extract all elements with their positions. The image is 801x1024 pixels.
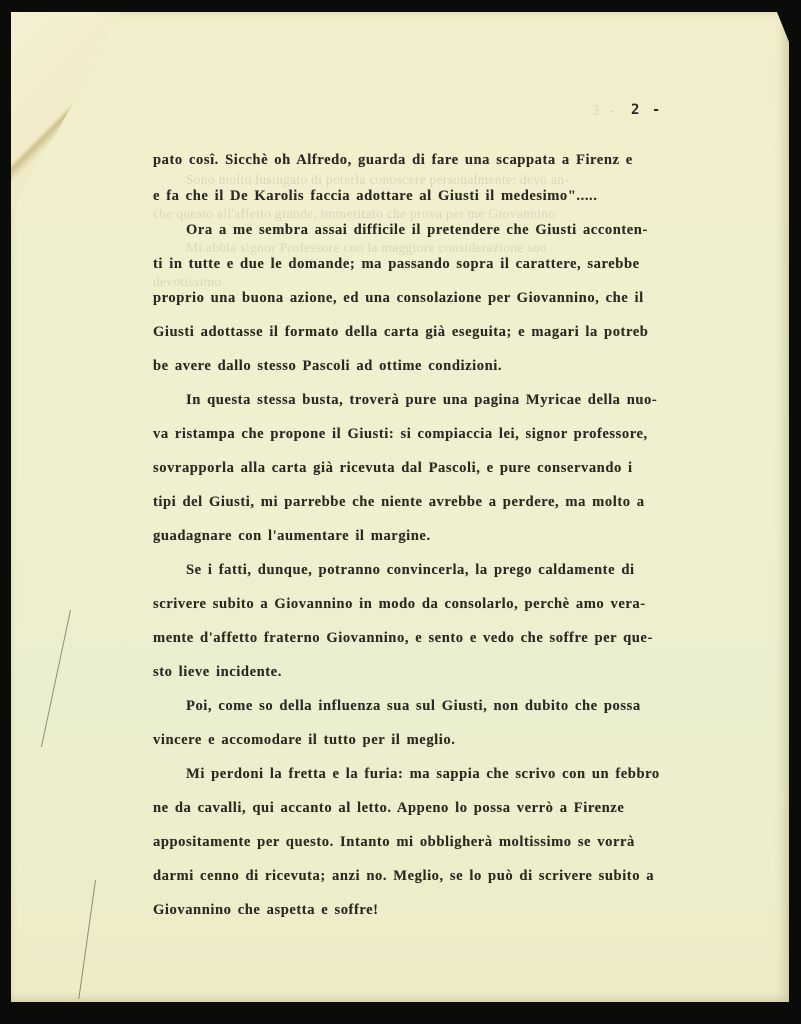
scanned-page: 3 - 2 - Sono molto lusingato di poterla … [0,0,801,1024]
text-line: Giusti adottasse il formato della carta … [153,324,648,341]
paragraph-start-line: Mi perdoni la fretta e la furia: ma sapp… [186,766,660,783]
text-line: scrivere subito a Giovannino in modo da … [153,596,646,613]
bleed-through-line: Mi abbia signor Professore con la maggio… [186,240,547,256]
text-line: sovrapporla alla carta già ricevuta dal … [153,460,633,477]
text-line: proprio una buona azione, ed una consola… [153,290,644,307]
bleed-through-line: devotissimo [153,274,222,290]
text-line: va ristampa che propone il Giusti: si co… [153,426,648,443]
paragraph-start-line: In questa stessa busta, troverà pure una… [186,392,657,409]
closing-line: Giovannino che aspetta e soffre! [153,902,379,919]
text-line: pato cosî. Sicchè oh Alfredo, guarda di … [153,152,633,169]
page-number: 2 - [631,102,662,118]
text-line: ti in tutte e due le domande; ma passand… [153,256,640,273]
bleed-through-line: che questo all'affetto grande, immeritat… [153,206,555,222]
text-line: sto lieve incidente. [153,664,282,681]
text-line: ne da cavalli, qui accanto al letto. App… [153,800,624,817]
text-line: guadagnare con l'aumentare il margine. [153,528,431,545]
paragraph-start-line: Poi, come so della influenza sua sul Giu… [186,698,641,715]
text-line: mente d'affetto fraterno Giovannino, e s… [153,630,653,647]
text-line: be avere dallo stesso Pascoli ad ottime … [153,358,502,375]
text-line: appositamente per questo. Intanto mi obb… [153,834,635,851]
paragraph-start-line: Ora a me sembra assai difficile il prete… [186,222,648,239]
paper-torn-corner [769,12,789,42]
paragraph-start-line: Se i fatti, dunque, potranno convincerla… [186,562,635,579]
text-line: vincere e accomodare il tutto per il meg… [153,732,455,749]
bleed-through-line: Sono molto lusingato di poterla conoscer… [186,172,569,188]
text-line: darmi cenno di ricevuta; anzi no. Meglio… [153,868,654,885]
bleed-through-page-number: 3 - [592,104,615,119]
text-line: e fa che il De Karolis faccia adottare a… [153,188,597,205]
text-line: tipi del Giusti, mi parrebbe che niente … [153,494,645,511]
